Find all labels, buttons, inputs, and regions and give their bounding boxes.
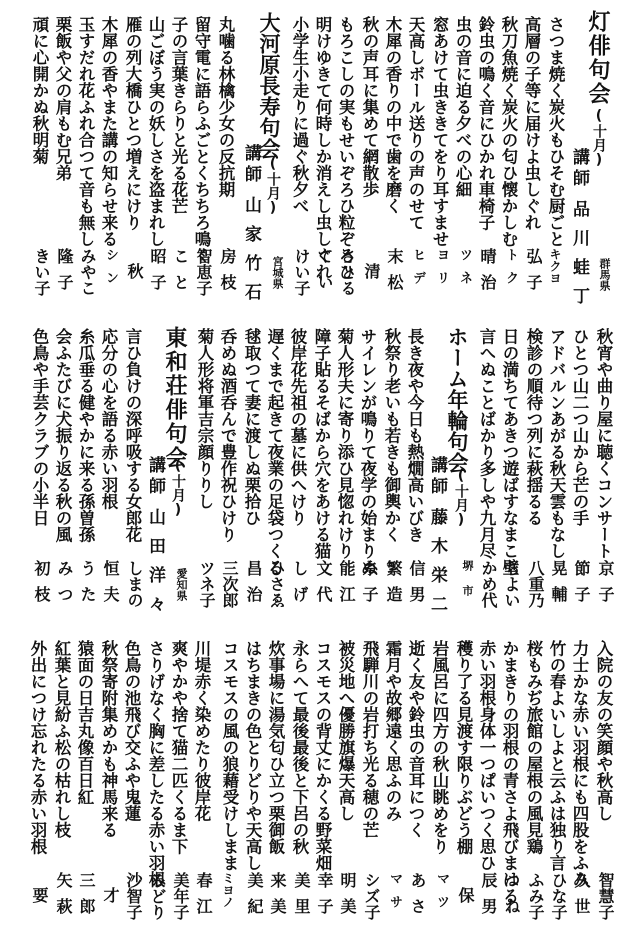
poem: 外出につけ忘れたる赤い羽根 bbox=[26, 640, 48, 855]
poem-author: 明美 bbox=[336, 872, 358, 924]
poem-author: 矢萩 bbox=[52, 872, 74, 924]
poem: 桜もみぢ旅館の屋根の風見鶏 bbox=[522, 640, 544, 855]
poem-author: 幸子 bbox=[313, 872, 335, 924]
poem-author: ヨリ bbox=[430, 248, 452, 294]
teacher-label: 講師 bbox=[426, 456, 448, 498]
poem: 丸噛る林檎少女の反抗期 bbox=[214, 16, 236, 198]
poem: 秋宵や曲り屋に聴くコンサート bbox=[592, 328, 614, 559]
poem-author: 文代 bbox=[312, 560, 334, 612]
poem-author: 繁造 bbox=[382, 560, 404, 612]
poem-author: 節子 bbox=[570, 560, 592, 612]
poem-author: かめ代 bbox=[477, 560, 499, 608]
poem: 炊事場に湯気匂ひ立つ栗御飯 bbox=[264, 640, 286, 855]
teacher-name: 藤木栄二 bbox=[426, 508, 448, 624]
poem: 木犀の香やまた講の知らせ来る bbox=[97, 16, 119, 247]
poem-author: 智慧子 bbox=[594, 872, 616, 920]
poem: 竹の春よいしよと云ふは独り言 bbox=[545, 640, 567, 871]
poem: 入院の友の笑顔や秋高し bbox=[592, 640, 614, 822]
poem-author: ツネ子 bbox=[195, 560, 217, 608]
poem: 菊人形将軍吉宗顔りりし bbox=[193, 328, 215, 510]
poem: 彼岸花先祖の墓に供へけり bbox=[286, 328, 308, 526]
poem-author: 弘子 bbox=[522, 248, 544, 300]
poem-author: 辰男 bbox=[477, 872, 499, 924]
poem-author: みどり bbox=[146, 872, 168, 920]
poem-author: 晴治 bbox=[476, 248, 498, 300]
poem-author: 美年子 bbox=[169, 872, 191, 920]
poem: 逝く友や鈴虫の音耳につく bbox=[404, 640, 426, 838]
poem-author: うた bbox=[76, 560, 98, 612]
poem-author: キクヨ bbox=[547, 248, 563, 284]
poem-author: 要 bbox=[28, 887, 50, 903]
poem: コスモスの背丈にかくる野菜畑 bbox=[311, 640, 333, 871]
poem-author: トク bbox=[499, 248, 521, 294]
poem: 被災地へ優勝旗爆天高し bbox=[334, 640, 356, 822]
poem-author: こと bbox=[169, 248, 191, 300]
poem: 玉すだれ花ふれ合つて音も無し bbox=[74, 16, 96, 247]
poem: 力士かな赤い羽根にも四股をふみ bbox=[568, 640, 590, 888]
group-month: (十月) bbox=[167, 458, 189, 518]
poem: 菊人形夫に寄り添ひ見惚れけり bbox=[333, 328, 355, 559]
poem-author: 末松 bbox=[383, 248, 405, 300]
poem: 留守電に語らふごとくちちろ鳴く bbox=[190, 16, 212, 264]
poem: 秋祭り老いも若きも御輿かく bbox=[380, 328, 402, 543]
poem: サイレンが鳴りて夜学の始まりぬ bbox=[356, 328, 378, 576]
poem-author: ひさゑ bbox=[265, 560, 287, 608]
poem-author: 隆子 bbox=[53, 248, 75, 300]
group-title: 大河原長寿句会 bbox=[258, 12, 280, 159]
poem-author: 房枝 bbox=[216, 248, 238, 300]
poem-author: ミヨノ bbox=[220, 872, 236, 908]
poem: 秋刀魚焼く炭火の匂ひ懐かしむ bbox=[497, 16, 519, 247]
teacher-prefecture: 愛知県 bbox=[170, 568, 192, 601]
poem: 言ひ負けの深呼吸する女郎花 bbox=[121, 328, 143, 543]
poem: 呑めぬ酒呑んで豊作祝ひけり bbox=[216, 328, 238, 543]
poem-author: てい bbox=[313, 248, 335, 300]
poem-author: みやこ bbox=[76, 248, 98, 296]
poem: さつま焼く炭火もひそむ厨ごと bbox=[544, 16, 566, 247]
poem-author: 糸子 bbox=[358, 560, 380, 612]
poem-author: ツネ bbox=[453, 248, 475, 294]
poem-author: 保 bbox=[454, 887, 476, 903]
poem: 応分の心を語る赤い羽根 bbox=[97, 328, 119, 510]
poem-author: 八重乃 bbox=[524, 560, 546, 608]
poem: 窓あけて虫ききてをり耳すませ bbox=[428, 16, 450, 247]
teacher-name: 山家竹石 bbox=[240, 196, 262, 312]
poem: 雁の列大橋ひとつ増えにけり bbox=[121, 16, 143, 231]
poem: 会ふたびに犬振り返る秋の風 bbox=[51, 328, 73, 543]
poem: 言へぬことばかり多しや九月尽 bbox=[475, 328, 497, 559]
poem: 永らへて最後最後と下呂の秋 bbox=[288, 640, 310, 855]
group-title: ホーム年輪句会 bbox=[446, 326, 468, 473]
band-bottom: 入院の友の笑顔や秋高し 智慧子 力士かな赤い羽根にも四股をふみ 久世 竹の春よい… bbox=[0, 632, 638, 925]
poem-author: 美紀 bbox=[243, 872, 265, 924]
poem: 頑に心開かぬ秋明菊 bbox=[28, 16, 50, 165]
poem-author: シン bbox=[99, 248, 121, 294]
teacher-prefecture: 群馬県 bbox=[593, 258, 615, 291]
poem: 小学生小走りに過ぐ秋夕べ bbox=[288, 16, 310, 214]
poem-author: 三次郎 bbox=[218, 560, 240, 608]
group-month: (十月) bbox=[262, 156, 284, 216]
band-top: 灯俳句会 (十月) 講師 品川蛙丁 群馬県 さつま焼く炭火もひそむ厨ごと キクヨ… bbox=[0, 8, 638, 303]
poem: 子の言葉きらりと光る花芒 bbox=[167, 16, 189, 214]
poem: 色鳥の池飛び交ふや鬼蓮 bbox=[120, 640, 142, 822]
poem-author: マサ bbox=[383, 872, 405, 918]
poem-author: 美里 bbox=[290, 872, 312, 924]
poem: 虫の音に迫る夕べの心細 bbox=[451, 16, 473, 198]
poem-author: 智恵子 bbox=[192, 248, 214, 296]
poem: 色鳥や手芸クラブの小半日 bbox=[28, 328, 50, 526]
poem-author: 京子 bbox=[594, 560, 616, 612]
poem: 飛騨川の岩打ち光る穂の芒 bbox=[358, 640, 380, 838]
poem: 霜月や故郷遠く思ふのみ bbox=[381, 640, 403, 822]
poem: 秋の声耳に集めて網散歩 bbox=[358, 16, 380, 198]
poem-author: 能江 bbox=[335, 560, 357, 612]
poem: 長き夜や今日も熱燗高いびき bbox=[403, 328, 425, 543]
teacher-label: 講師 bbox=[568, 148, 590, 190]
poem-author: みつ bbox=[53, 560, 75, 612]
poem-author: ちよい bbox=[500, 560, 522, 608]
poem-author: ひな子 bbox=[547, 872, 569, 920]
poem: 糸瓜垂る健やかに来る孫曽孫 bbox=[74, 328, 96, 543]
poem: さりげなく胸に差したる赤い羽根 bbox=[144, 640, 166, 888]
poem: 障子貼るそばから穴をあける猫 bbox=[310, 328, 332, 559]
poem-author: さとる bbox=[336, 248, 358, 296]
poem-author: つね bbox=[500, 872, 522, 924]
poem: 爽やかや捨て猫二匹くるま下 bbox=[167, 640, 189, 855]
poem: 紅葉と見紛ふ松の枯れし枝 bbox=[50, 640, 72, 838]
poem-author: 昭子 bbox=[146, 248, 168, 300]
poem-author: 久世 bbox=[570, 872, 592, 924]
poem: 秋祭寄附集めかも神馬来る bbox=[97, 640, 119, 838]
poem: 木犀の香りの中で歯を磨く bbox=[381, 16, 403, 214]
poem-author: 秋 bbox=[123, 263, 145, 279]
poem-author: 才 bbox=[99, 887, 121, 903]
poem-author: 三郎 bbox=[75, 872, 97, 924]
poem: 高層の子等に届けよ虫しぐれ bbox=[520, 16, 542, 231]
poem-author: あさ bbox=[406, 872, 428, 924]
poem-author: しげ bbox=[288, 560, 310, 612]
teacher-label: 講師 bbox=[144, 456, 166, 498]
poem-author: ヒデ bbox=[406, 248, 428, 294]
poem: はちまきの色とりどりや天高し bbox=[241, 640, 263, 871]
group-month: (十月) bbox=[588, 108, 610, 168]
poem: 明けゆきて何時しか消えし虫しぐれ bbox=[311, 16, 333, 280]
poem-author: 恒夫 bbox=[99, 560, 121, 612]
poem: 天高しボール送りの声のせて bbox=[404, 16, 426, 231]
poem: ひとつ山二つ山から芒の手 bbox=[568, 328, 590, 526]
band-middle: 秋宵や曲り屋に聴くコンサート 京子 ひとつ山二つ山から芒の手 節子 アドバルンあ… bbox=[0, 320, 638, 615]
poem: 鈴虫の鳴く音にひかれ車椅子 bbox=[474, 16, 496, 231]
group-title: 東和荘俳句会 bbox=[163, 326, 185, 470]
poem: 川堤赤く染めたり彼岸花 bbox=[190, 640, 212, 822]
poem-author: きい子 bbox=[30, 248, 52, 296]
poem: 検診の順待つ列に萩揺るる bbox=[522, 328, 544, 526]
poem-author: 昌治 bbox=[242, 560, 264, 612]
teacher-prefecture: 堺市 bbox=[456, 560, 478, 610]
poem-author: 春江 bbox=[192, 872, 214, 924]
poem: アドバルンあがる秋天雲もなし bbox=[545, 328, 567, 559]
poem-author: ふみ子 bbox=[524, 872, 546, 920]
poem: 栗飯や父の肩もむ兄弟 bbox=[51, 16, 73, 181]
poem-author: しまの bbox=[123, 560, 145, 608]
poem: もろこしの実もせいぞろひ粒ぞろひ bbox=[334, 16, 356, 280]
group-month: (十月) bbox=[450, 468, 472, 528]
teacher-name: 山田洋々 bbox=[144, 508, 166, 624]
poem-author: シズ子 bbox=[360, 872, 382, 920]
poem-author: 来美 bbox=[266, 872, 288, 924]
poem: かまきりの羽根の青さよ飛びまはる bbox=[498, 640, 520, 904]
poem: コスモスの風の狼藉受けしまま bbox=[218, 640, 240, 871]
teacher-label: 講師 bbox=[240, 144, 262, 186]
poem-author: マツ bbox=[430, 872, 452, 918]
poem: 岩風呂に四方の秋山眺めをり bbox=[428, 640, 450, 855]
poem-author: 清 bbox=[360, 263, 382, 279]
teacher-name: 品川蛙丁 bbox=[568, 200, 590, 316]
group-title: 灯俳句会 bbox=[586, 10, 608, 106]
poem: 日の満ちてあきつ遊ばすなまこ壁 bbox=[498, 328, 520, 576]
poem: 毬取つて妻に渡しぬ栗拾ひ bbox=[240, 328, 262, 526]
poem-author: 晃輔 bbox=[547, 560, 569, 612]
poem: 穫り了る見渡す限りぶどう棚 bbox=[452, 640, 474, 855]
poem: 山ごぼう実の妖しさを盗まれし bbox=[144, 16, 166, 247]
poem-author: 沙智子 bbox=[122, 872, 144, 920]
poem-author: 信男 bbox=[405, 560, 427, 612]
poem: 赤い羽根身体一つぱいつく思ひ bbox=[475, 640, 497, 871]
poem-author: 初枝 bbox=[30, 560, 52, 612]
poem: 猿面の日吉丸像百日紅 bbox=[73, 640, 95, 805]
poem-author: けい子 bbox=[290, 248, 312, 296]
teacher-prefecture: 宮城県 bbox=[266, 256, 288, 289]
poem: 遅くまで起きて夜業の足袋つくる bbox=[263, 328, 285, 576]
